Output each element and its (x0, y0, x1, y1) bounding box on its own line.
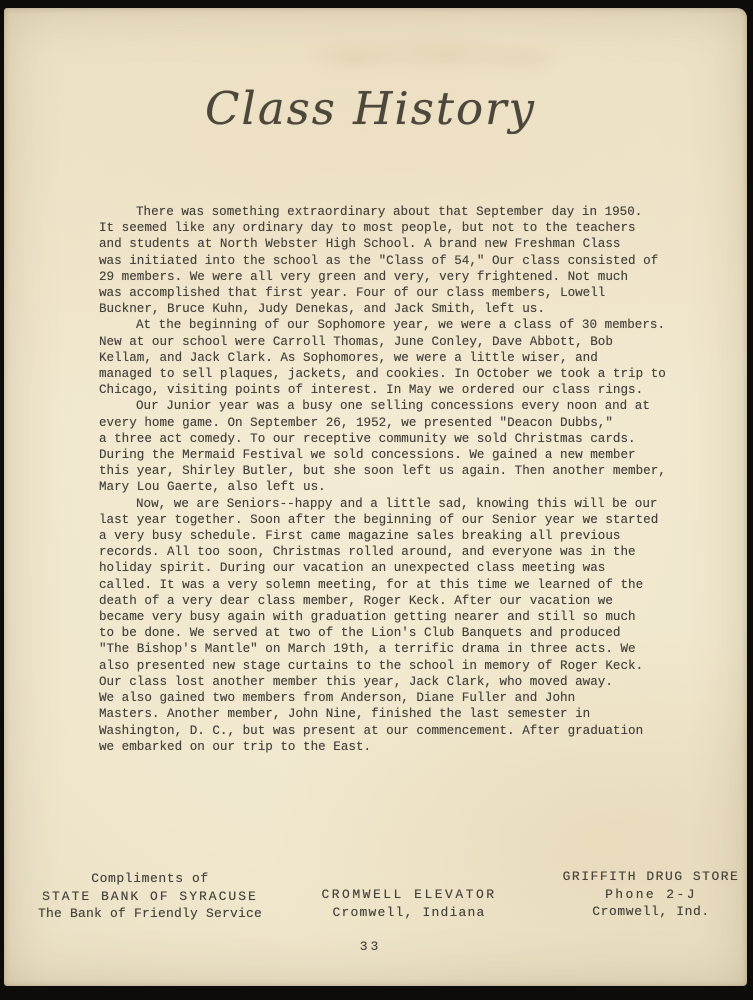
sponsor-phone: Phone 2-J (538, 886, 753, 904)
scanned-page-frame: Class History There was something extrao… (0, 0, 753, 1000)
ink-bleed-through-smudge (304, 36, 554, 78)
sponsor-name: STATE BANK OF SYRACUSE (30, 888, 270, 906)
yearbook-page: Class History There was something extrao… (4, 8, 747, 986)
class-history-text: There was something extraordinary about … (99, 204, 687, 755)
sponsor-location: Cromwell, Ind. (538, 903, 753, 921)
sponsor-ad-griffith-drug: GRIFFITH DRUG STORE Phone 2-J Cromwell, … (538, 868, 753, 921)
sponsor-name: CROMWELL ELEVATOR (299, 886, 519, 904)
sponsor-location: Cromwell, Indiana (299, 904, 519, 922)
page-title: Class History (4, 82, 737, 135)
sponsor-ad-state-bank: Compliments of STATE BANK OF SYRACUSE Th… (30, 870, 270, 923)
history-paragraph-sophomore: At the beginning of our Sophomore year, … (99, 317, 687, 398)
history-paragraph-freshman: There was something extraordinary about … (99, 204, 687, 317)
sponsor-ad-cromwell-elevator: CROMWELL ELEVATOR Cromwell, Indiana (299, 886, 519, 921)
history-paragraph-junior: Our Junior year was a busy one selling c… (99, 398, 687, 495)
sponsor-slogan: The Bank of Friendly Service (30, 905, 270, 923)
page-number: 33 (4, 939, 737, 954)
sponsor-compliments-line: Compliments of (30, 870, 270, 888)
sponsor-name: GRIFFITH DRUG STORE (538, 868, 753, 886)
history-paragraph-senior: Now, we are Seniors--happy and a little … (99, 496, 687, 755)
